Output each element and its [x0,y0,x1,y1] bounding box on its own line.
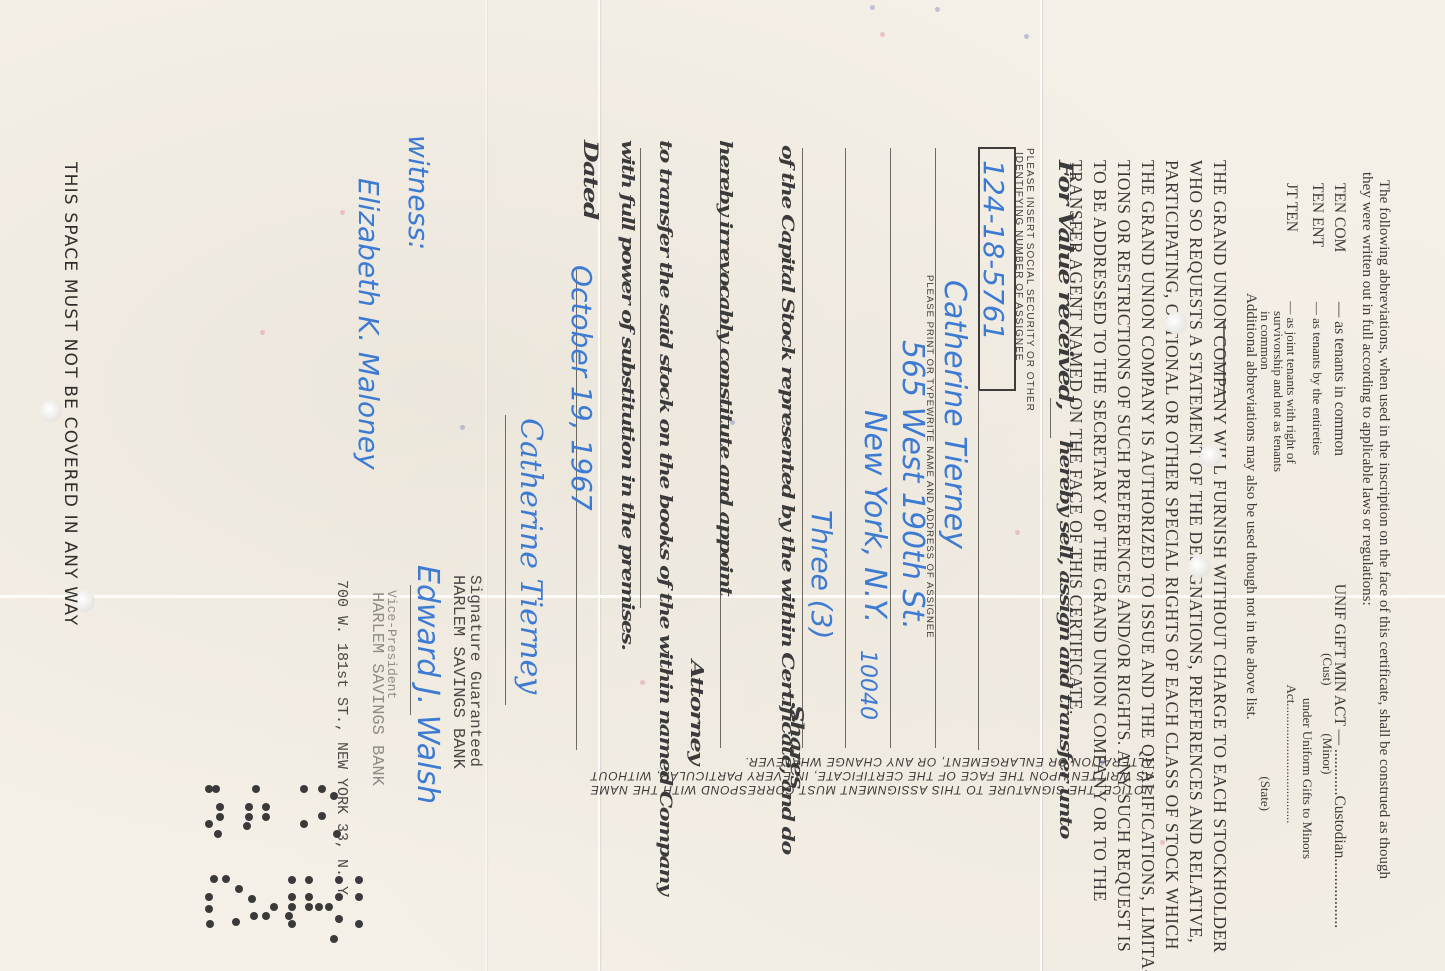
abbr-value-cont: in common [1258,311,1273,370]
substitution-line: with full power of substitution in the p… [614,140,640,650]
abbr-key: TEN COM [1330,183,1348,298]
blank-line [1050,398,1051,438]
assignee-street: 565 West 190th St. [895,340,930,630]
form-rule [978,390,979,750]
fold-line [485,0,487,971]
intro-line: they were written out in full according … [1358,172,1375,879]
punch-hole [40,400,62,422]
margin-warning: THIS SPACE MUST NOT BE COVERED IN ANY WA… [60,162,80,626]
abbr-value: — as tenants by the entireties [1310,302,1325,455]
assignee-city: New York, N.Y. [857,410,892,623]
notice-line: AS WRITTEN UPON THE FACE OF THE CERTIFIC… [590,769,1153,783]
for-value-text: For Value received, [1054,160,1077,409]
shares-written: Three (3) [805,510,838,639]
irrevocably-line: hereby irrevocably constitute and appoin… [712,140,738,595]
abbr-jt-ten: JT TEN — as joint tenants with right of … [1285,183,1298,928]
guarantor-address: 700 W. 181st ST., NEW YORK 33, N. Y. [332,580,350,904]
stamp-line: HARLEM SAVINGS BANK [448,575,466,769]
witness-signature: Elizabeth K. Maloney [352,178,385,470]
capital-stock-text: of the Capital Stock represented by the … [777,145,797,854]
for-value-received: For Value received, [1050,160,1080,409]
statement-line: TO BE ADDRESSED TO THE SECRETARY OF THE … [1088,160,1112,971]
intro-line: The following abbreviations, when used i… [1375,180,1392,879]
signature-guaranteed-stamp: Signature Guaranteed HARLEM SAVINGS BANK [448,575,484,769]
abbr-key: JT TEN [1285,183,1298,298]
statement-line: TIONS OR RESTRICTIONS OF SUCH PREFERENCE… [1112,160,1136,971]
owner-signature: Catherine Tierney [513,418,548,694]
notice-line: NOTICE: THE SIGNATURE TO THIS ASSIGNMENT… [590,783,1153,797]
signature-rule [505,415,506,705]
fold-line [1040,0,1042,971]
punch-hole [1200,445,1222,467]
assignee-zip: 10040 [855,650,880,720]
form-rule [935,148,936,748]
act-line: Act..................................... [1284,685,1299,824]
ssn-label-line: PLEASE INSERT SOCIAL SECURITY OR OTHER [1024,148,1035,412]
abbr-ten-com: TEN COM — as tenants in common UNIF GIFT… [1326,183,1348,928]
ssn-label: PLEASE INSERT SOCIAL SECURITY OR OTHER I… [1013,148,1035,412]
state-label: (State) [1258,776,1273,811]
abbreviation-list: TEN COM — as tenants in common UNIF GIFT… [1242,183,1348,928]
statement-line: THE GRAND UNION COMPANY IS AUTHORIZED TO… [1136,160,1160,971]
attorney-text: Attorney [687,660,709,764]
guarantor-bank: HARLEM SAVINGS BANK [367,592,385,786]
notice-block: NOTICE: THE SIGNATURE TO THIS ASSIGNMENT… [590,755,1153,797]
stamp-line: Signature Guaranteed [466,575,484,769]
form-rule [802,148,803,748]
dated-text: Dated [579,140,602,219]
ssn-value: 124-18-5761 [977,160,1010,341]
irrevocably-text: hereby irrevocably constitute and appoin… [715,140,735,595]
attorney-label: Attorney [683,660,712,764]
dated-label: Dated [575,140,605,219]
punch-hole [1165,312,1187,334]
abbr-value: — as tenants in common [1331,302,1348,456]
dated-value: October 19, 1967 [565,265,598,511]
additional-abbreviations: Additional abbreviations may also be use… [1242,183,1259,928]
abbr-value: — as joint tenants with right of [1284,301,1299,463]
statement-line: PARTICIPATING, OPTIONAL OR OTHER SPECIAL… [1160,160,1184,971]
substitution-text: with full power of substitution in the p… [617,140,637,650]
form-rule [845,148,846,748]
notice-line: ALTERATION OR ENLARGEMENT, OR ANY CHANGE… [590,755,1153,769]
minor-label: (Minor) [1320,733,1335,774]
form-rule [640,148,641,608]
witness-label: witness: [402,135,435,250]
abbr-value-cont: in common (State) [1259,183,1272,928]
capital-stock-line: of the Capital Stock represented by the … [774,145,800,854]
statement-line: THE GRAND UNION COMPANY WILL FURNISH WIT… [1208,160,1232,971]
assignee-name: Catherine Tierney [937,280,972,549]
cust-label: (Cust) [1320,653,1335,686]
abbr-key: TEN ENT [1308,183,1326,298]
abbreviations-intro: The following abbreviations, when used i… [1358,180,1393,879]
guarantor-signature: Edward J. Walsh [410,565,445,804]
punch-hole [1188,556,1210,578]
